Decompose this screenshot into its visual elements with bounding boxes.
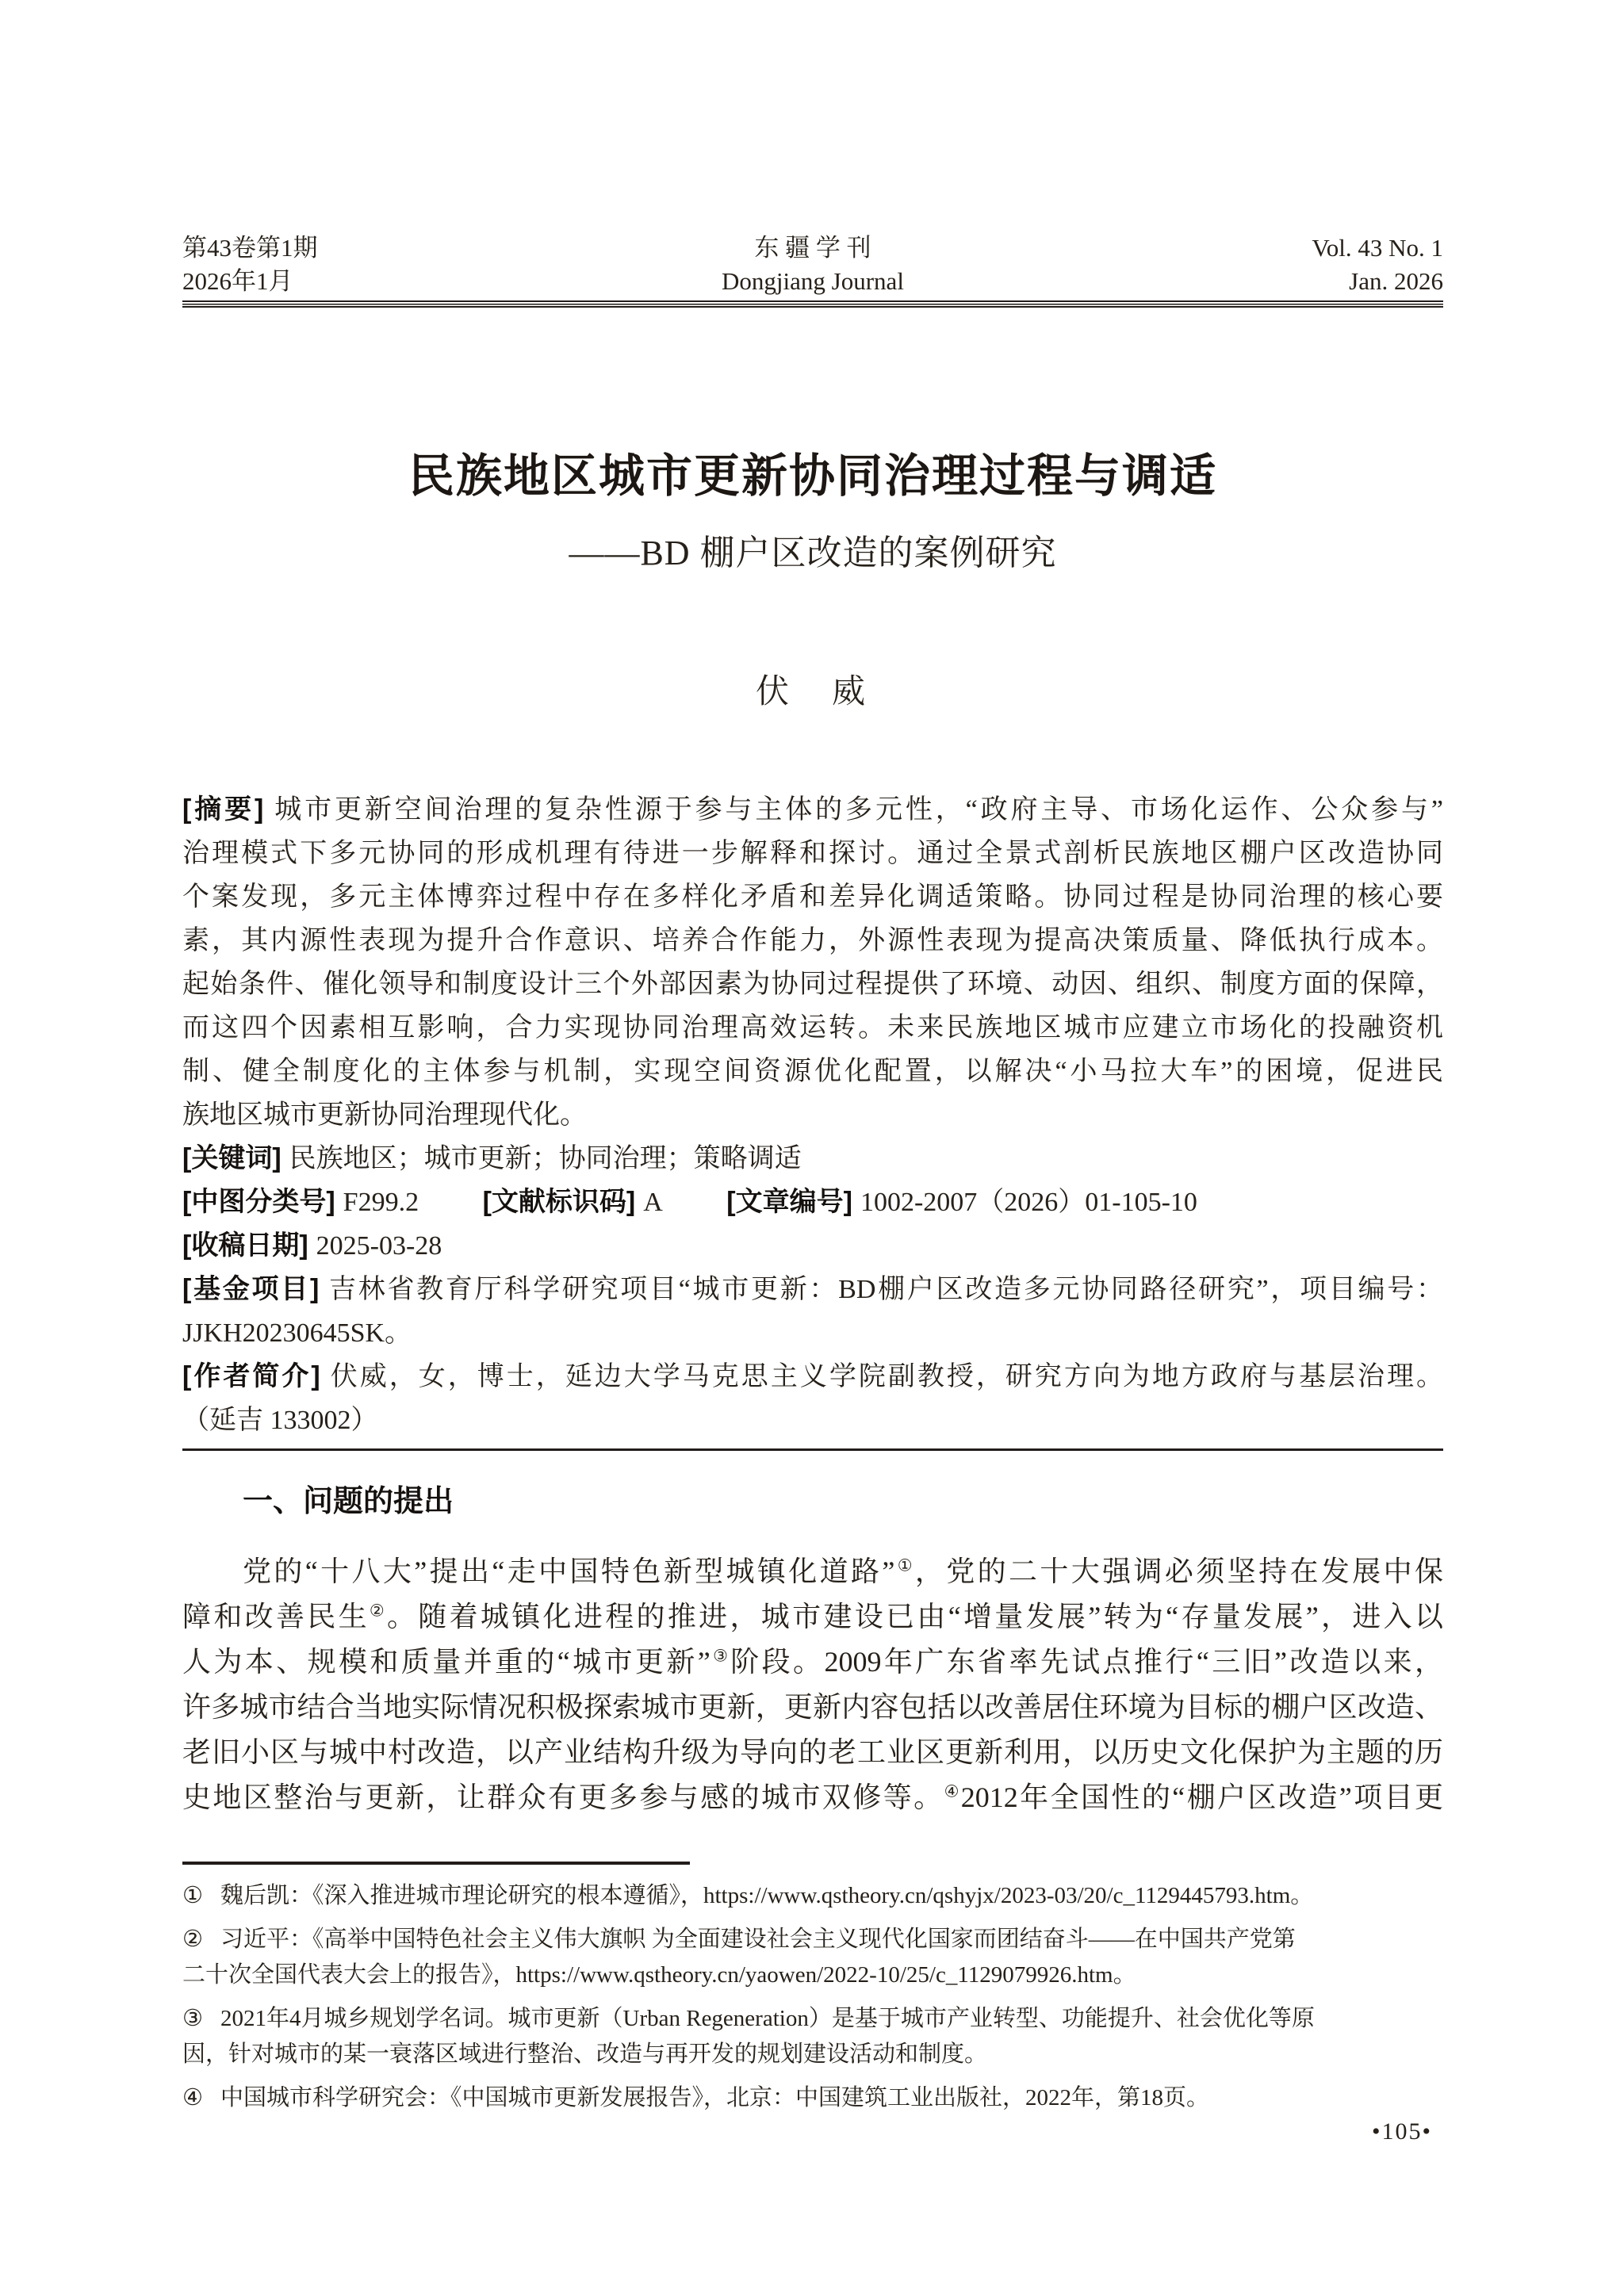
footnote-marker: ① bbox=[182, 1883, 203, 1908]
abstract-line: 素，其内源性表现为提升合作意识、培养合作能力，外源性表现为提高决策质量、降低执行… bbox=[182, 919, 1443, 962]
clc-value: F299.2 bbox=[343, 1188, 419, 1217]
footnote-text: 魏后凯：《深入推进城市理论研究的根本遵循》，https://www.qstheo… bbox=[220, 1883, 1313, 1908]
abstract-line: 制、健全制度化的主体参与机制，实现空间资源优化配置，以解决“小马拉大车”的困境，… bbox=[182, 1050, 1443, 1093]
clc-label: [中图分类号] bbox=[182, 1187, 335, 1217]
journal-title-en: Dongjiang Journal bbox=[576, 265, 1049, 298]
page-number: •105• bbox=[1372, 2118, 1432, 2145]
body-line: 障和改善民生②。随着城镇化进程的推进，城市建设已由“增量发展”转为“存量发展”，… bbox=[182, 1594, 1443, 1640]
fund-line: [基金项目]吉林省教育厅科学研究项目“城市更新：BD棚户区改造多元协同路径研究”… bbox=[182, 1268, 1443, 1311]
keywords-line: [关键词]民族地区；城市更新；协同治理；策略调适 bbox=[182, 1137, 1443, 1181]
footnote-line: ②习近平：《高举中国特色社会主义伟大旗帜 为全面建设社会主义现代化国家而团结奋斗… bbox=[182, 1922, 1443, 1957]
header-right: Vol. 43 No. 1 Jan. 2026 bbox=[1049, 232, 1443, 298]
keywords-text: 民族地区；城市更新；协同治理；策略调适 bbox=[289, 1144, 802, 1173]
footnote-separator-rule bbox=[182, 1862, 690, 1865]
footnote-line: 二十次全国代表大会上的报告》，https://www.qstheory.cn/y… bbox=[182, 1957, 1443, 1993]
footnote-text: 2021年4月城乡规划学名词。城市更新（Urban Regeneration）是… bbox=[220, 2006, 1315, 2031]
footnote-item: ④中国城市科学研究会：《中国城市更新发展报告》，北京：中国建筑工业出版社，202… bbox=[182, 2080, 1443, 2116]
section-heading: 一、问题的提出 bbox=[243, 1483, 1443, 1521]
doc-code-group: [文献标识码]A bbox=[483, 1181, 663, 1224]
doc-code-label: [文献标识码] bbox=[483, 1187, 636, 1217]
fund-text: 吉林省教育厅科学研究项目“城市更新：BD棚户区改造多元协同路径研究”，项目编号： bbox=[327, 1275, 1443, 1304]
body-line: 党的“十八大”提出“走中国特色新型城镇化道路”①，党的二十大强调必须坚持在发展中… bbox=[182, 1549, 1443, 1594]
article-id-value: 1002-2007（2026）01-105-10 bbox=[860, 1188, 1197, 1217]
footnote-marker: ③ bbox=[182, 2006, 203, 2031]
abstract-line: 个案发现，多元主体博弈过程中存在多样化矛盾和差异化调适策略。协同过程是协同治理的… bbox=[182, 875, 1443, 919]
author-bio-text: 伏威，女，博士，延边大学马克思主义学院副教授，研究方向为地方政府与基层治理。 bbox=[328, 1362, 1443, 1391]
footnote-marker: ② bbox=[182, 1927, 203, 1952]
footnote-item: ③2021年4月城乡规划学名词。城市更新（Urban Regeneration）… bbox=[182, 2001, 1443, 2072]
clc-group: [中图分类号]F299.2 bbox=[182, 1181, 419, 1224]
footnote-line: ①魏后凯：《深入推进城市理论研究的根本遵循》，https://www.qsthe… bbox=[182, 1878, 1443, 1914]
header-double-rule bbox=[182, 300, 1443, 308]
article-id-label: [文章编号] bbox=[726, 1187, 852, 1217]
author-bio-label: [作者简介] bbox=[182, 1361, 320, 1391]
abstract-line: 族地区城市更新协同治理现代化。 bbox=[182, 1093, 1443, 1137]
body-line: 史地区整治与更新，让群众有更多参与感的城市双修等。④2012年全国性的“棚户区改… bbox=[182, 1775, 1443, 1820]
fund-label: [基金项目] bbox=[182, 1274, 319, 1304]
journal-header: 第43卷第1期 2026年1月 东 疆 学 刊 Dongjiang Journa… bbox=[182, 232, 1443, 298]
front-matter-divider-rule bbox=[182, 1448, 1443, 1451]
article-subtitle: ——BD 棚户区改造的案例研究 bbox=[182, 534, 1443, 573]
fund-line: JJKH20230645SK。 bbox=[182, 1311, 1443, 1355]
article-author: 伏 威 bbox=[182, 673, 1443, 711]
received-value: 2025-03-28 bbox=[316, 1231, 442, 1261]
footnotes: ①魏后凯：《深入推进城市理论研究的根本遵循》，https://www.qsthe… bbox=[182, 1878, 1443, 2116]
footnote-item: ①魏后凯：《深入推进城市理论研究的根本遵循》，https://www.qsthe… bbox=[182, 1878, 1443, 1914]
abstract-label: [摘要] bbox=[182, 794, 263, 825]
footnote-text: 习近平：《高举中国特色社会主义伟大旗帜 为全面建设社会主义现代化国家而团结奋斗—… bbox=[220, 1927, 1296, 1952]
front-matter: [摘要]城市更新空间治理的复杂性源于参与主体的多元性，“政府主导、市场化运作、公… bbox=[182, 788, 1443, 1442]
classification-line: [中图分类号]F299.2 [文献标识码]A [文章编号]1002-2007（2… bbox=[182, 1181, 1443, 1224]
header-center: 东 疆 学 刊 Dongjiang Journal bbox=[576, 232, 1049, 298]
footnote-item: ②习近平：《高举中国特色社会主义伟大旗帜 为全面建设社会主义现代化国家而团结奋斗… bbox=[182, 1922, 1443, 1993]
body-paragraph: 党的“十八大”提出“走中国特色新型城镇化道路”①，党的二十大强调必须坚持在发展中… bbox=[182, 1549, 1443, 1820]
received-date-line: [收稿日期]2025-03-28 bbox=[182, 1224, 1443, 1268]
abstract-line: [摘要]城市更新空间治理的复杂性源于参与主体的多元性，“政府主导、市场化运作、公… bbox=[182, 788, 1443, 832]
article-title: 民族地区城市更新协同治理过程与调适 bbox=[182, 450, 1443, 503]
author-bio-line: （延吉 133002） bbox=[182, 1399, 1443, 1442]
doc-code-value: A bbox=[643, 1188, 663, 1217]
body-line: 许多城市结合当地实际情况积极探索城市更新，更新内容包括以改善居住环境为目标的棚户… bbox=[182, 1685, 1443, 1730]
volume-issue-en: Vol. 43 No. 1 bbox=[1049, 232, 1443, 265]
header-left: 第43卷第1期 2026年1月 bbox=[182, 232, 576, 298]
footnote-marker: ④ bbox=[182, 2085, 203, 2110]
body-line: 老旧小区与城中村改造，以产业结构升级为导向的老工业区更新利用，以历史文化保护为主… bbox=[182, 1730, 1443, 1775]
body-line: 人为本、规模和质量并重的“城市更新”③阶段。2009年广东省率先试点推行“三旧”… bbox=[182, 1640, 1443, 1685]
abstract-text: 城市更新空间治理的复杂性源于参与主体的多元性，“政府主导、市场化运作、公众参与” bbox=[271, 795, 1443, 825]
volume-issue-cn: 第43卷第1期 bbox=[182, 232, 576, 265]
journal-title-cn: 东 疆 学 刊 bbox=[576, 232, 1049, 265]
abstract-line: 而这四个因素相互影响，合力实现协同治理高效运转。未来民族地区城市应建立市场化的投… bbox=[182, 1006, 1443, 1050]
footnote-line: ④中国城市科学研究会：《中国城市更新发展报告》，北京：中国建筑工业出版社，202… bbox=[182, 2080, 1443, 2116]
received-label: [收稿日期] bbox=[182, 1230, 308, 1261]
author-bio-line: [作者简介]伏威，女，博士，延边大学马克思主义学院副教授，研究方向为地方政府与基… bbox=[182, 1355, 1443, 1399]
date-cn: 2026年1月 bbox=[182, 265, 576, 298]
article-id-group: [文章编号]1002-2007（2026）01-105-10 bbox=[726, 1181, 1197, 1224]
journal-page: 第43卷第1期 2026年1月 东 疆 学 刊 Dongjiang Journa… bbox=[0, 0, 1624, 2296]
date-en: Jan. 2026 bbox=[1049, 265, 1443, 298]
footnote-line: 因，针对城市的某一衰落区域进行整治、改造与再开发的规划建设活动和制度。 bbox=[182, 2037, 1443, 2072]
footnote-line: ③2021年4月城乡规划学名词。城市更新（Urban Regeneration）… bbox=[182, 2001, 1443, 2037]
footnote-text: 中国城市科学研究会：《中国城市更新发展报告》，北京：中国建筑工业出版社，2022… bbox=[220, 2085, 1209, 2110]
abstract-line: 治理模式下多元协同的形成机理有待进一步解释和探讨。通过全景式剖析民族地区棚户区改… bbox=[182, 832, 1443, 875]
keywords-label: [关键词] bbox=[182, 1143, 282, 1173]
abstract-line: 起始条件、催化领导和制度设计三个外部因素为协同过程提供了环境、动因、组织、制度方… bbox=[182, 962, 1443, 1006]
